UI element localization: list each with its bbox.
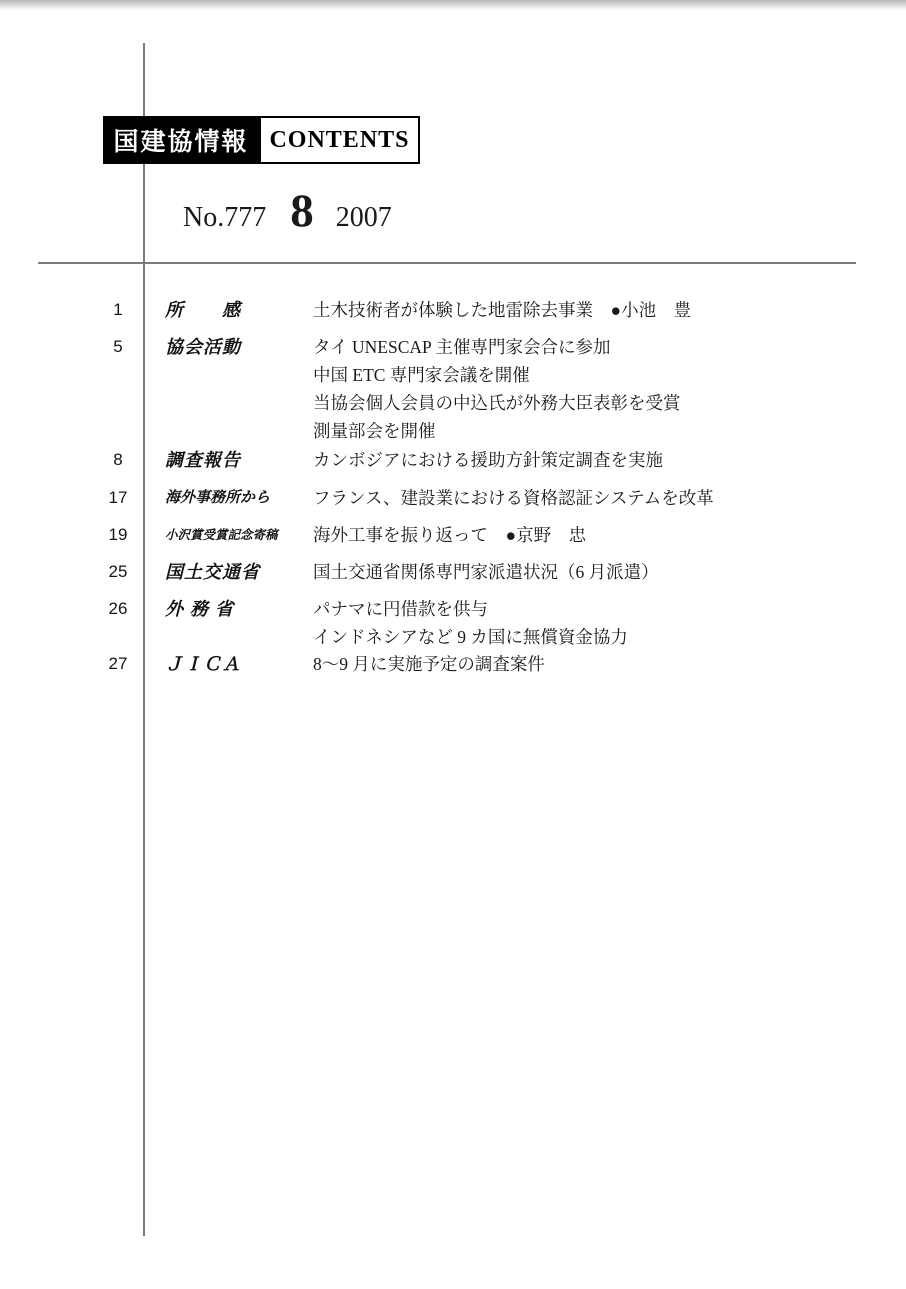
horizontal-rule: [38, 262, 856, 264]
toc-category: 小沢賞受賞記念寄稿: [165, 521, 305, 549]
toc-description-line: カンボジアにおける援助方針策定調査を実施: [313, 446, 663, 474]
toc-category: ＪＩＣＡ: [165, 650, 305, 678]
toc-description: タイ UNESCAP 主催専門家会合に参加 中国 ETC 専門家会議を開催 当協…: [313, 333, 681, 445]
contents-box: CONTENTS: [259, 116, 420, 164]
toc-description: 国土交通省関係専門家派遣状況（6 月派遣）: [313, 558, 659, 586]
toc-description-line: 中国 ETC 専門家会議を開催: [313, 361, 681, 389]
toc-description-line: インドネシアなど 9 カ国に無償資金協力: [313, 623, 628, 651]
journal-title: 国建協情報: [113, 122, 248, 158]
toc-page-number: 27: [95, 650, 141, 678]
issue-month: 8: [290, 188, 314, 235]
toc-description-line: 国土交通省関係専門家派遣状況（6 月派遣）: [313, 558, 659, 586]
toc-description: 8～9 月に実施予定の調査案件: [313, 650, 545, 678]
toc-page-number: 5: [95, 333, 141, 361]
toc-description: フランス、建設業における資格認証システムを改革: [313, 484, 714, 512]
toc-description: 海外工事を振り返って ●京野 忠: [313, 521, 586, 549]
toc-category: 国土交通省: [165, 558, 305, 586]
masthead: 国建協情報 CONTENTS: [103, 116, 420, 164]
toc-description: カンボジアにおける援助方針策定調査を実施: [313, 446, 663, 474]
toc-description-line: タイ UNESCAP 主催専門家会合に参加: [313, 333, 681, 361]
journal-title-badge: 国建協情報: [103, 116, 259, 164]
toc-page-number: 8: [95, 446, 141, 474]
toc-description-line: 海外工事を振り返って ●京野 忠: [313, 521, 586, 549]
toc-description: パナマに円借款を供与 インドネシアなど 9 カ国に無償資金協力: [313, 595, 628, 651]
issue-number: No.777: [183, 202, 266, 234]
document-page: 国建協情報 CONTENTS No.777 8 2007 1 所 感 土木技術者…: [0, 0, 906, 1289]
toc-page-number: 26: [95, 595, 141, 623]
toc-description-line: フランス、建設業における資格認証システムを改革: [313, 484, 714, 512]
toc-category: 調査報告: [165, 446, 305, 474]
issue-year: 2007: [336, 202, 392, 234]
toc-category: 外 務 省: [165, 595, 305, 623]
toc-category: 協会活動: [165, 333, 305, 361]
toc-category: 海外事務所から: [165, 484, 305, 512]
toc-description-line: パナマに円借款を供与: [313, 595, 628, 623]
contents-label: CONTENTS: [269, 127, 409, 154]
toc-category: 所 感: [165, 296, 305, 324]
toc-page-number: 17: [95, 484, 141, 512]
issue-line: No.777 8 2007: [183, 188, 392, 235]
toc-description-line: 測量部会を開催: [313, 417, 681, 445]
toc-description-line: 8～9 月に実施予定の調査案件: [313, 650, 545, 678]
toc-page-number: 25: [95, 558, 141, 586]
vertical-rule: [143, 43, 145, 1236]
toc-description-line: 当協会個人会員の中込氏が外務大臣表彰を受賞: [313, 389, 681, 417]
toc-page-number: 1: [95, 296, 141, 324]
toc-description-line: 土木技術者が体験した地雷除去事業 ●小池 豊: [313, 296, 691, 324]
toc-description: 土木技術者が体験した地雷除去事業 ●小池 豊: [313, 296, 691, 324]
toc-page-number: 19: [95, 521, 141, 549]
